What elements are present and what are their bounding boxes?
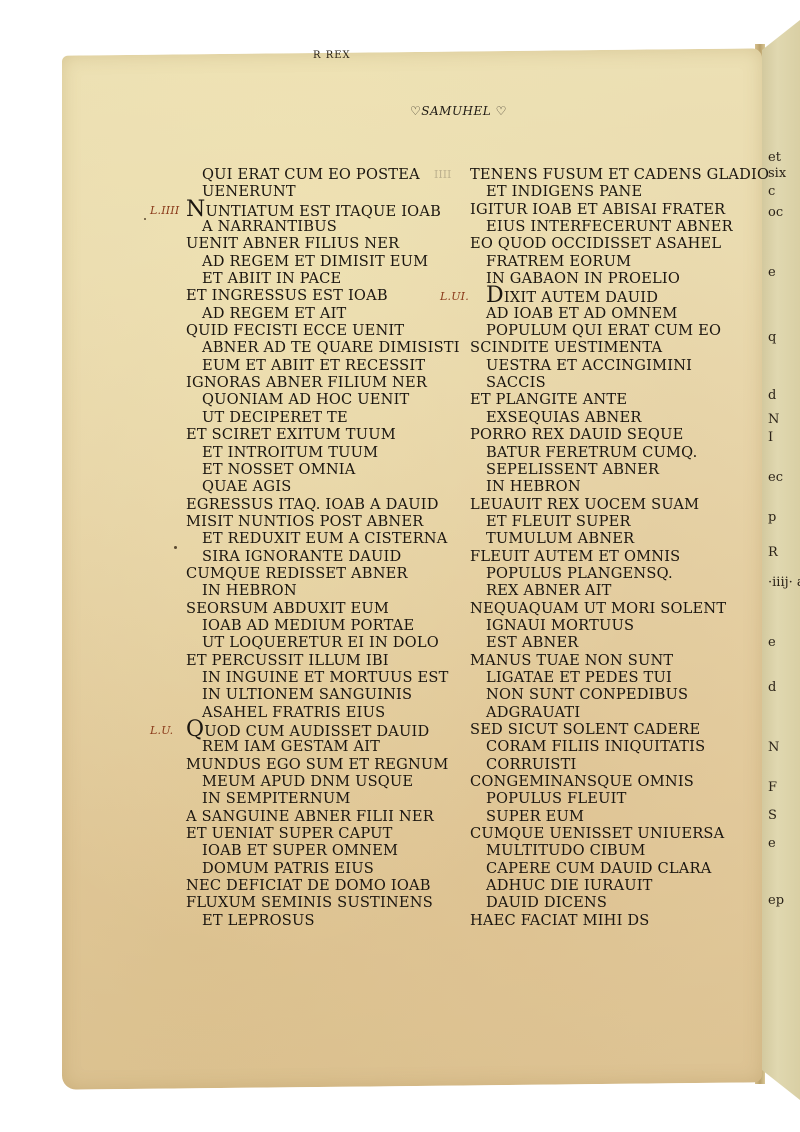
line-text: quid fecisti ecce uenit bbox=[186, 322, 404, 339]
text-line: et reduxit eum a cisterna bbox=[186, 530, 436, 547]
text-line: multitudo cibum bbox=[470, 842, 730, 859]
line-text: cumque uenisset uniuersa bbox=[470, 825, 724, 842]
text-line: in ultionem sanguinis bbox=[186, 686, 436, 703]
line-text: et introitum tuum bbox=[202, 444, 378, 461]
facing-page-text-fragment: q bbox=[768, 330, 776, 345]
text-line: mundus ego sum et regnum bbox=[186, 756, 436, 773]
text-line: fleuit autem et omnis bbox=[470, 548, 730, 565]
text-line: rex abner ait bbox=[470, 582, 730, 599]
line-text: tenens fusum et cadens gladio bbox=[470, 166, 769, 183]
line-text: in inguine et mortuus est bbox=[202, 669, 449, 686]
text-line: dauid dicens bbox=[470, 894, 730, 911]
line-text: ignoras abner filium ner bbox=[186, 374, 427, 391]
line-text: manus tuae non sunt bbox=[470, 652, 673, 669]
line-text: exsequias abner bbox=[486, 409, 642, 426]
text-line: misit nuntios post abner bbox=[186, 513, 436, 530]
line-text: haec faciat mihi ds bbox=[470, 912, 650, 929]
facing-page-text-fragment: N bbox=[768, 740, 779, 755]
right-text-column: tenens fusum et cadens gladioet indigens… bbox=[470, 166, 730, 929]
line-text: congeminansque omnis bbox=[470, 773, 694, 790]
text-line: ioab ad medium portae bbox=[186, 617, 436, 634]
book-title-heading: ♡SAMUHEL ♡ bbox=[410, 104, 507, 118]
text-line: est abner bbox=[470, 634, 730, 651]
text-line: coram filiis iniquitatis bbox=[470, 738, 730, 755]
text-line: quoniam ad hoc uenit bbox=[186, 391, 436, 408]
line-text: ioab et super omnem bbox=[202, 842, 398, 859]
line-text: coram filiis iniquitatis bbox=[486, 738, 705, 755]
text-line: nequaquam ut mori solent bbox=[470, 600, 730, 617]
text-line: egressus itaq. ioab a dauid bbox=[186, 496, 436, 513]
line-text: eius interfecerunt abner bbox=[486, 218, 733, 235]
line-text: uestra et accingimini bbox=[486, 357, 692, 374]
text-line: ioab et super omnem bbox=[186, 842, 436, 859]
text-line: L.U.Quod cum audisset dauid bbox=[186, 721, 436, 738]
line-text: a narrantibus bbox=[202, 218, 337, 235]
line-text: rem iam gestam ait bbox=[202, 738, 380, 755]
line-text: igitur ioab et abisai frater bbox=[470, 201, 725, 218]
faint-marginal-mark: IIII bbox=[434, 168, 451, 181]
line-text: in ultionem sanguinis bbox=[202, 686, 412, 703]
line-text: ut deciperet te bbox=[202, 409, 348, 426]
line-text: et percussit illum ibi bbox=[186, 652, 389, 669]
facing-page-text-fragment: d bbox=[768, 388, 776, 403]
line-text: cumque redisset abner bbox=[186, 565, 408, 582]
line-text: et abiit in pace bbox=[202, 270, 341, 287]
text-line: tumulum abner bbox=[470, 530, 730, 547]
line-text: et reduxit eum a cisterna bbox=[202, 530, 448, 547]
text-line: super eum bbox=[470, 808, 730, 825]
facing-page-text-fragment: F bbox=[768, 780, 777, 795]
text-line: batur feretrum cumq. bbox=[470, 444, 730, 461]
text-line: porro rex dauid seque bbox=[470, 426, 730, 443]
text-line: uenit abner filius ner bbox=[186, 235, 436, 252]
text-line: adhuc die iurauit bbox=[470, 877, 730, 894]
line-text: populus plangensq. bbox=[486, 565, 673, 582]
title-text: SAMUHEL bbox=[421, 104, 491, 118]
text-line: manus tuae non sunt bbox=[470, 652, 730, 669]
line-text: scindite uestimenta bbox=[470, 339, 662, 356]
text-line: in sempiternum bbox=[186, 790, 436, 807]
line-text: ioab ad medium portae bbox=[202, 617, 414, 634]
heart-ornament-icon: ♡ bbox=[410, 104, 421, 118]
line-text: nec deficiat de domo ioab bbox=[186, 877, 431, 894]
line-text: mundus ego sum et regnum bbox=[186, 756, 449, 773]
line-text: ad regem et dimisit eum bbox=[202, 253, 428, 270]
ink-speck bbox=[174, 546, 177, 549]
text-line: capere cum dauid clara bbox=[470, 860, 730, 877]
line-text: capere cum dauid clara bbox=[486, 860, 711, 877]
text-line: igitur ioab et abisai frater bbox=[470, 201, 730, 218]
line-text: et leprosus bbox=[202, 912, 315, 929]
chapter-rubric: L.UI. bbox=[440, 288, 469, 305]
facing-page-text-fragment: d bbox=[768, 680, 776, 695]
text-line: et percussit illum ibi bbox=[186, 652, 436, 669]
line-text: populus fleuit bbox=[486, 790, 627, 807]
text-line: scindite uestimenta bbox=[470, 339, 730, 356]
text-line: et nosset omnia bbox=[186, 461, 436, 478]
text-line: non sunt conpedibus bbox=[470, 686, 730, 703]
line-text: super eum bbox=[486, 808, 584, 825]
text-line: in inguine et mortuus est bbox=[186, 669, 436, 686]
chapter-rubric: L.U. bbox=[150, 722, 173, 739]
line-text: in hebron bbox=[202, 582, 297, 599]
facing-page-text-fragment: e bbox=[768, 836, 776, 851]
text-line: et ueniat super caput bbox=[186, 825, 436, 842]
text-line: qui erat cum eo postea bbox=[186, 166, 436, 183]
text-line: cumque uenisset uniuersa bbox=[470, 825, 730, 842]
text-line: et abiit in pace bbox=[186, 270, 436, 287]
line-text: quae agis bbox=[202, 478, 291, 495]
facing-page-text-fragment: ep bbox=[768, 893, 784, 908]
heart-ornament-icon: ♡ bbox=[496, 104, 507, 118]
facing-page-text-fragment: p bbox=[768, 510, 776, 525]
text-line: fluxum seminis sustinens bbox=[186, 894, 436, 911]
text-line: uestra et accingimini bbox=[470, 357, 730, 374]
text-line: exsequias abner bbox=[470, 409, 730, 426]
text-line: et indigens pane bbox=[470, 183, 730, 200]
line-text: et indigens pane bbox=[486, 183, 642, 200]
line-text: sed sicut solent cadere bbox=[470, 721, 700, 738]
text-line: in gabaon in proelio bbox=[470, 270, 730, 287]
line-text: meum apud dnm usque bbox=[202, 773, 413, 790]
text-line: seorsum abduxit eum bbox=[186, 600, 436, 617]
line-text: eum et abiit et recessit bbox=[202, 357, 425, 374]
line-text: porro rex dauid seque bbox=[470, 426, 683, 443]
text-line: adgrauati bbox=[470, 704, 730, 721]
line-text: uenit abner filius ner bbox=[186, 235, 399, 252]
line-text: et sciret exitum tuum bbox=[186, 426, 396, 443]
facing-page-text-fragment: R bbox=[768, 545, 778, 560]
text-line: populus fleuit bbox=[470, 790, 730, 807]
line-text: qui erat cum eo postea bbox=[202, 166, 420, 183]
line-text: non sunt conpedibus bbox=[486, 686, 688, 703]
line-text: quoniam ad hoc uenit bbox=[202, 391, 409, 408]
line-text: tumulum abner bbox=[486, 530, 634, 547]
facing-page-text-fragment: N bbox=[768, 412, 779, 427]
line-text: misit nuntios post abner bbox=[186, 513, 423, 530]
text-line: saccis bbox=[470, 374, 730, 391]
text-line: rem iam gestam ait bbox=[186, 738, 436, 755]
text-line: et ingressus est ioab bbox=[186, 287, 436, 304]
left-text-column: qui erat cum eo posteaueneruntL.IIIINunt… bbox=[186, 166, 436, 929]
line-text: in hebron bbox=[486, 478, 581, 495]
line-text: fleuit autem et omnis bbox=[470, 548, 680, 565]
line-text: adgrauati bbox=[486, 704, 580, 721]
line-text: dauid dicens bbox=[486, 894, 607, 911]
line-text: domum patris eius bbox=[202, 860, 374, 877]
text-line: cumque redisset abner bbox=[186, 565, 436, 582]
line-text: in gabaon in proelio bbox=[486, 270, 680, 287]
text-line: sira ignorante dauid bbox=[186, 548, 436, 565]
facing-page-text-fragment: ·iiij· a bbox=[768, 575, 800, 590]
text-line: quid fecisti ecce uenit bbox=[186, 322, 436, 339]
text-line: populus plangensq. bbox=[470, 565, 730, 582]
text-line: ignaui mortuus bbox=[470, 617, 730, 634]
line-text: et ueniat super caput bbox=[186, 825, 393, 842]
chapter-rubric: L.IIII bbox=[150, 202, 179, 219]
text-line: congeminansque omnis bbox=[470, 773, 730, 790]
line-text: ad regem et ait bbox=[202, 305, 346, 322]
facing-page-text-fragment: e bbox=[768, 635, 776, 650]
text-line: haec faciat mihi ds bbox=[470, 912, 730, 929]
text-line: eo quod occidisset asahel bbox=[470, 235, 730, 252]
line-text: in sempiternum bbox=[202, 790, 351, 807]
text-line: fratrem eorum bbox=[470, 253, 730, 270]
text-line: ut deciperet te bbox=[186, 409, 436, 426]
line-text: populum qui erat cum eo bbox=[486, 322, 721, 339]
text-line: a narrantibus bbox=[186, 218, 436, 235]
text-line: eum et abiit et recessit bbox=[186, 357, 436, 374]
text-line: ut loqueretur ei in dolo bbox=[186, 634, 436, 651]
line-text: et nosset omnia bbox=[202, 461, 356, 478]
line-text: adhuc die iurauit bbox=[486, 877, 653, 894]
line-text: rex abner ait bbox=[486, 582, 612, 599]
text-line: sepelissent abner bbox=[470, 461, 730, 478]
text-line: nec deficiat de domo ioab bbox=[186, 877, 436, 894]
text-line: L.IIIINuntiatum est itaque ioab bbox=[186, 201, 436, 218]
text-line: in hebron bbox=[186, 582, 436, 599]
line-text: batur feretrum cumq. bbox=[486, 444, 697, 461]
text-line: a sanguine abner filii ner bbox=[186, 808, 436, 825]
text-line: et sciret exitum tuum bbox=[186, 426, 436, 443]
text-line: asahel fratris eius bbox=[186, 704, 436, 721]
text-line: ligatae et pedes tui bbox=[470, 669, 730, 686]
facing-page-text-fragment: I bbox=[768, 430, 773, 445]
line-text: est abner bbox=[486, 634, 579, 651]
line-text: sepelissent abner bbox=[486, 461, 659, 478]
line-text: sira ignorante dauid bbox=[202, 548, 401, 565]
facing-page-text-fragment: S bbox=[768, 808, 777, 823]
text-line: eius interfecerunt abner bbox=[470, 218, 730, 235]
line-text: nequaquam ut mori solent bbox=[470, 600, 726, 617]
text-line: domum patris eius bbox=[186, 860, 436, 877]
facing-page-text-fragment: e bbox=[768, 265, 776, 280]
facing-page-text-fragment: et bbox=[768, 150, 781, 165]
line-text: a sanguine abner filii ner bbox=[186, 808, 434, 825]
line-text: ignaui mortuus bbox=[486, 617, 634, 634]
text-line: abner ad te quare dimisisti bbox=[186, 339, 436, 356]
line-text: ligatae et pedes tui bbox=[486, 669, 672, 686]
text-line: sed sicut solent cadere bbox=[470, 721, 730, 738]
text-line: et leprosus bbox=[186, 912, 436, 929]
line-text: fluxum seminis sustinens bbox=[186, 894, 433, 911]
line-text: leuauit rex uocem suam bbox=[470, 496, 699, 513]
text-line: in hebron bbox=[470, 478, 730, 495]
line-text: egressus itaq. ioab a dauid bbox=[186, 496, 439, 513]
text-line: meum apud dnm usque bbox=[186, 773, 436, 790]
facing-page-text-fragment: c bbox=[768, 184, 775, 199]
text-line: quae agis bbox=[186, 478, 436, 495]
text-line: ad regem et ait bbox=[186, 305, 436, 322]
text-line: ignoras abner filium ner bbox=[186, 374, 436, 391]
text-line: ad ioab et ad omnem bbox=[470, 305, 730, 322]
running-head: R REX bbox=[313, 50, 351, 61]
text-line: et introitum tuum bbox=[186, 444, 436, 461]
line-text: fratrem eorum bbox=[486, 253, 631, 270]
line-text: et plangite ante bbox=[470, 391, 627, 408]
text-line: populum qui erat cum eo bbox=[470, 322, 730, 339]
text-line: et plangite ante bbox=[470, 391, 730, 408]
text-line: uenerunt bbox=[186, 183, 436, 200]
line-text: multitudo cibum bbox=[486, 842, 645, 859]
text-line: et fleuit super bbox=[470, 513, 730, 530]
facing-page-text-fragment: oc bbox=[768, 205, 783, 220]
line-text: saccis bbox=[486, 374, 546, 391]
facing-page-text-fragment: ec bbox=[768, 470, 783, 485]
line-text: et ingressus est ioab bbox=[186, 287, 388, 304]
line-text: seorsum abduxit eum bbox=[186, 600, 389, 617]
text-line: ad regem et dimisit eum bbox=[186, 253, 436, 270]
line-text: abner ad te quare dimisisti bbox=[202, 339, 460, 356]
line-text: et fleuit super bbox=[486, 513, 631, 530]
line-text: ut loqueretur ei in dolo bbox=[202, 634, 439, 651]
text-line: corruisti bbox=[470, 756, 730, 773]
line-text: corruisti bbox=[486, 756, 576, 773]
line-text: uenerunt bbox=[202, 183, 296, 200]
line-text: asahel fratris eius bbox=[202, 704, 385, 721]
text-line: L.UI.Dixit autem dauid bbox=[470, 287, 730, 304]
line-text: ad ioab et ad omnem bbox=[486, 305, 678, 322]
ink-speck bbox=[144, 218, 146, 220]
line-text: eo quod occidisset asahel bbox=[470, 235, 721, 252]
facing-page-text-fragment: six bbox=[768, 166, 786, 181]
text-line: tenens fusum et cadens gladio bbox=[470, 166, 730, 183]
text-line: leuauit rex uocem suam bbox=[470, 496, 730, 513]
